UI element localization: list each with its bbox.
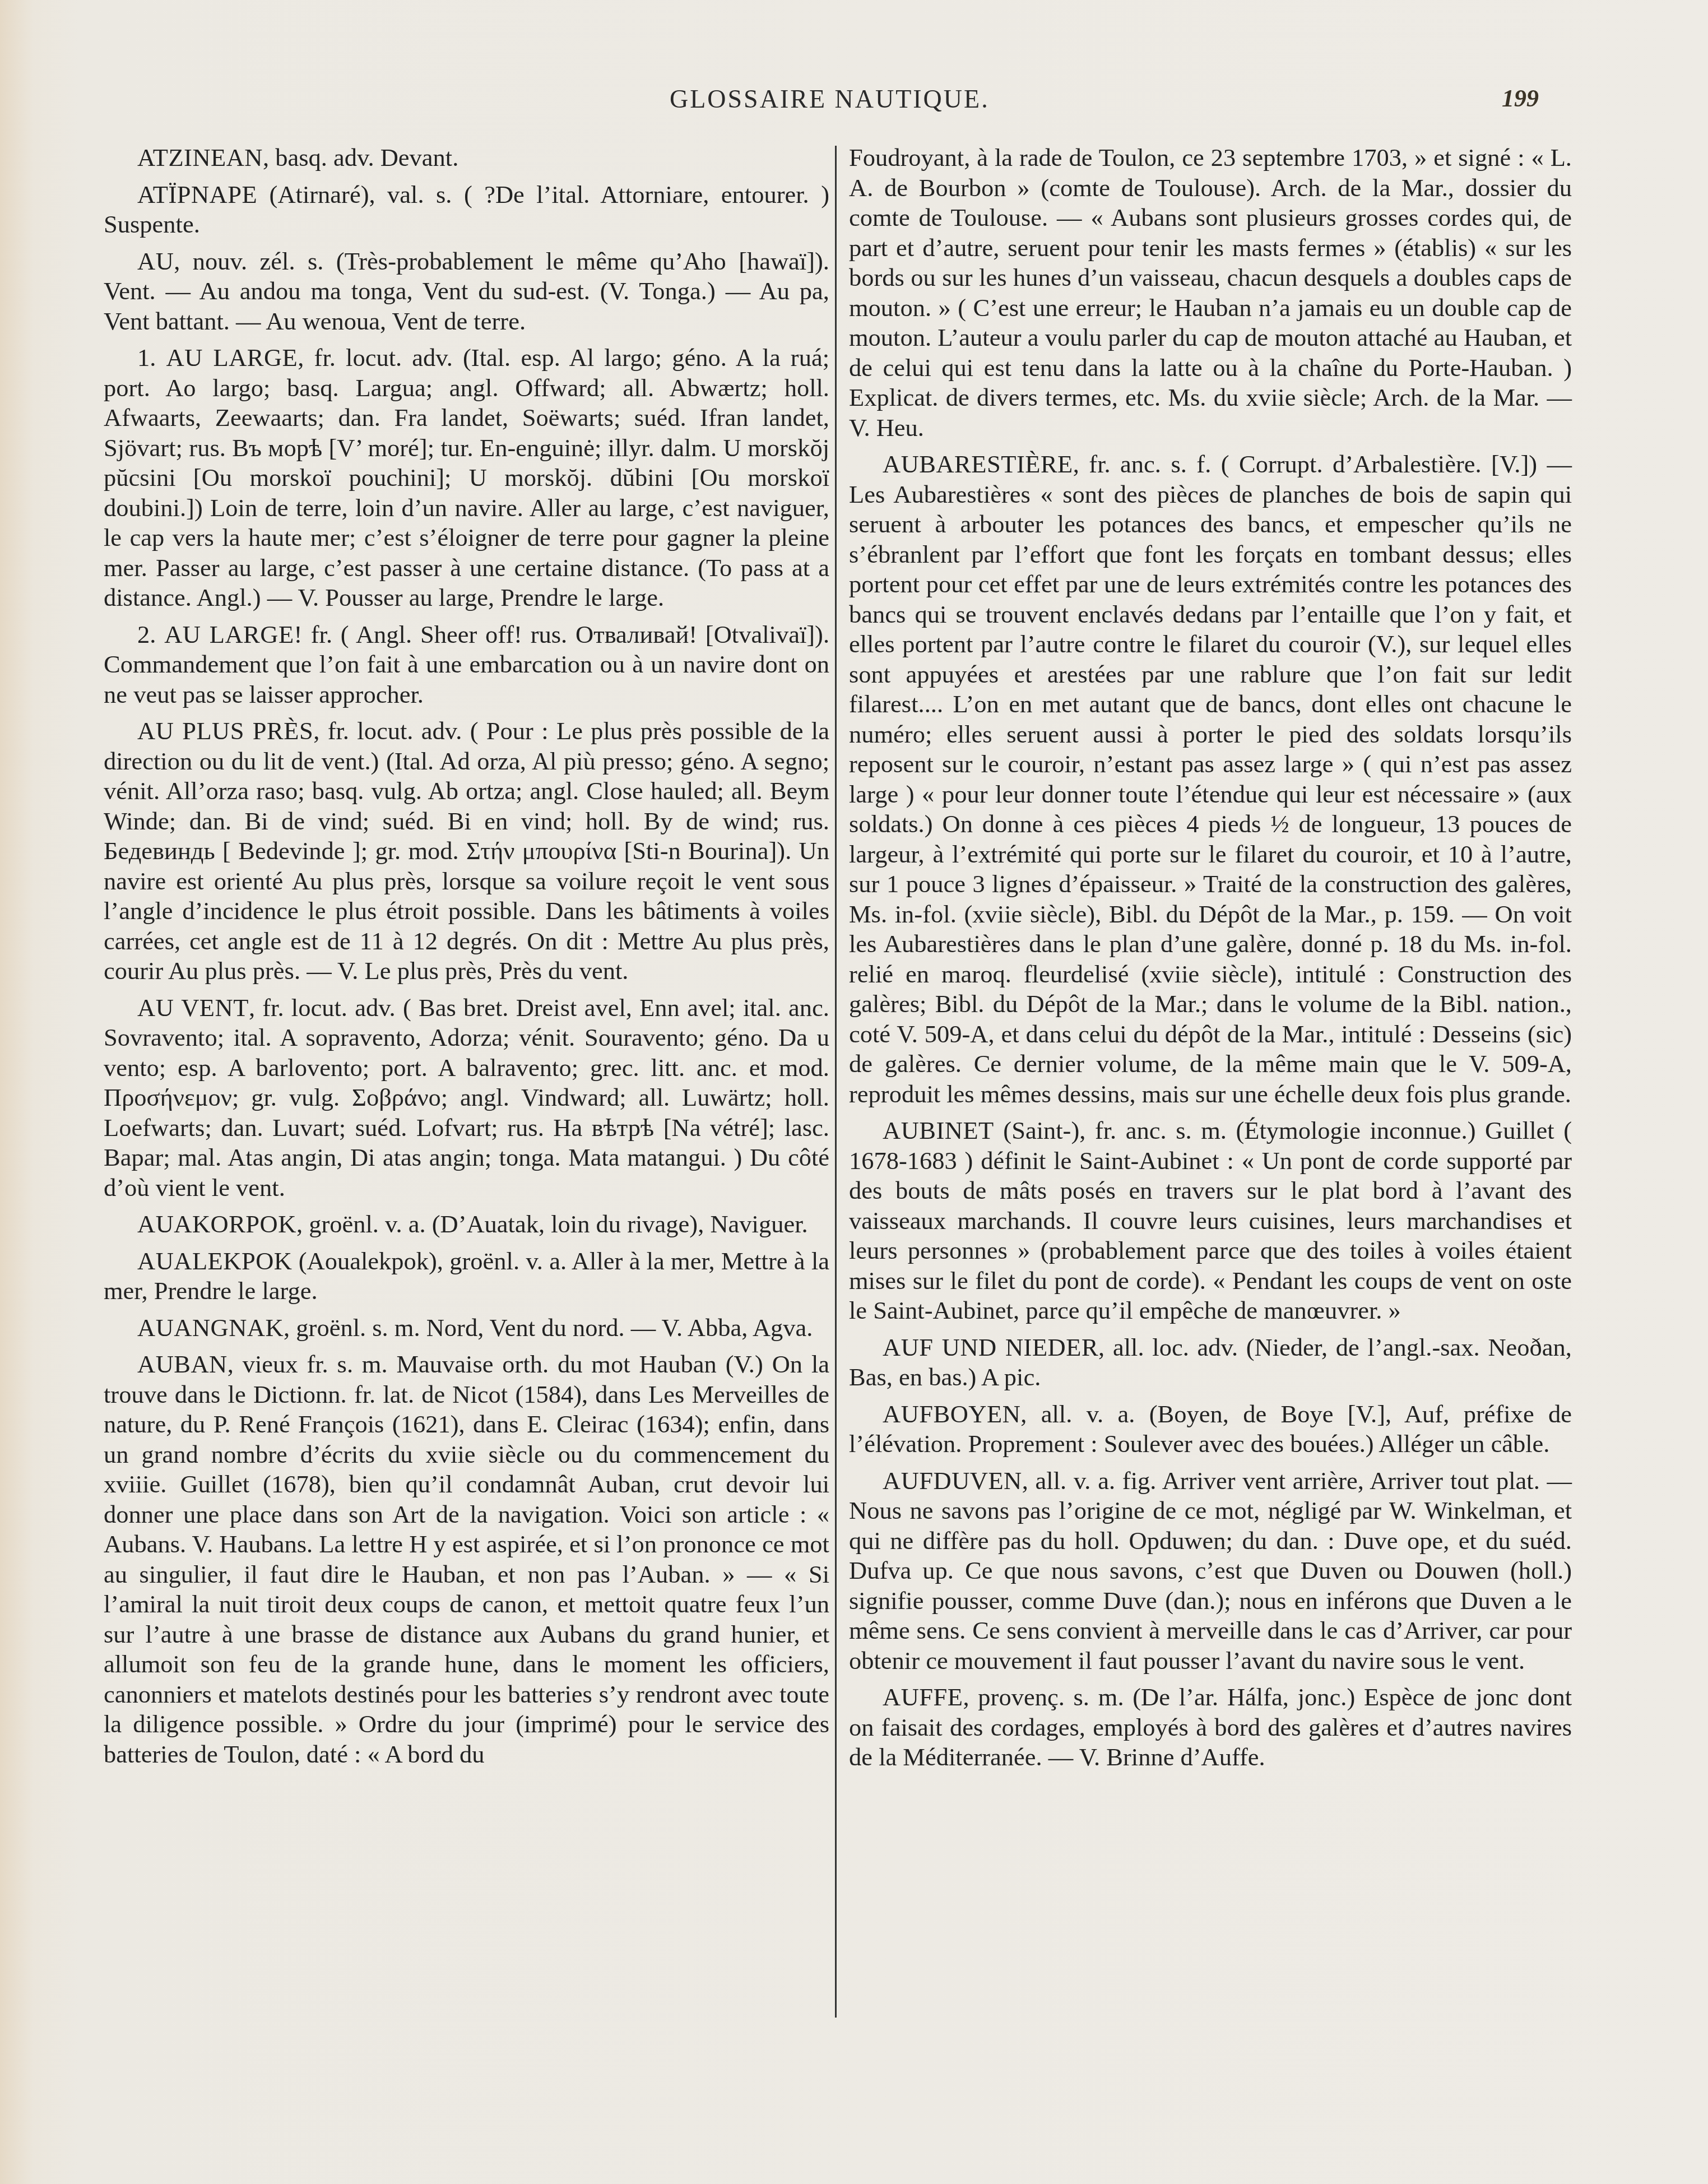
entry-definition: , all. v. a. fig. Arriver vent arrière, …	[849, 1467, 1572, 1675]
glossary-entry: AUFDUVEN, all. v. a. fig. Arriver vent a…	[849, 1466, 1572, 1676]
glossary-entry: 1. AU LARGE, fr. locut. adv. (Ital. esp.…	[104, 343, 829, 613]
glossary-entry: AU PLUS PRÈS, fr. locut. adv. ( Pour : L…	[104, 716, 829, 986]
entry-definition: , vieux fr. s. m. Mauvaise orth. du mot …	[104, 1350, 829, 1768]
right-column: Foudroyant, à la rade de Toulon, ce 23 s…	[849, 143, 1572, 1779]
entry-headword: AUFDUVEN	[883, 1467, 1022, 1495]
glossary-entry: ATZINEAN, basq. adv. Devant.	[104, 143, 829, 173]
entry-headword: ATZINEAN	[137, 143, 263, 171]
entry-headword: ATÏPNAPE	[137, 180, 257, 208]
entry-definition: , groënl. v. a. (D’Auatak, loin du rivag…	[296, 1210, 808, 1238]
entry-headword: AUFFE	[883, 1683, 963, 1711]
glossary-entry: Foudroyant, à la rade de Toulon, ce 23 s…	[849, 143, 1572, 443]
glossary-entry: 2. AU LARGE! fr. ( Angl. Sheer off! rus.…	[104, 620, 829, 710]
running-title: GLOSSAIRE NAUTIQUE.	[670, 84, 990, 114]
entry-headword: AU	[137, 247, 174, 275]
glossary-entry: AUANGNAK, groënl. s. m. Nord, Vent du no…	[104, 1313, 829, 1343]
entry-definition: (Saint-), fr. anc. s. m. (Étymologie inc…	[849, 1116, 1572, 1324]
left-column: ATZINEAN, basq. adv. Devant.ATÏPNAPE (At…	[104, 143, 829, 1776]
glossary-entry: AUF UND NIEDER, all. loc. adv. (Nieder, …	[849, 1333, 1572, 1393]
entry-headword: AUAKORPOK	[137, 1210, 296, 1238]
entry-definition: , groënl. s. m. Nord, Vent du nord. — V.…	[284, 1314, 813, 1342]
entry-definition: , nouv. zél. s. (Très-probablement le mê…	[104, 247, 829, 335]
entry-definition: , fr. locut. adv. ( Pour : Le plus près …	[104, 717, 829, 985]
entry-headword: AUBINET	[883, 1116, 994, 1144]
entry-headword: AUALEKPOK	[137, 1247, 292, 1275]
entry-headword: AUANGNAK	[137, 1314, 284, 1342]
glossary-entry: AUALEKPOK (Aoualekpok), groënl. v. a. Al…	[104, 1246, 829, 1306]
glossary-entry: AUFFE, provenç. s. m. (De l’ar. Hálfa, j…	[849, 1682, 1572, 1773]
glossary-entry: AUFBOYEN, all. v. a. (Boyen, de Boye [V.…	[849, 1399, 1572, 1459]
entry-definition: Foudroyant, à la rade de Toulon, ce 23 s…	[849, 143, 1572, 442]
entry-number: 1.	[137, 344, 156, 372]
entry-headword: AU PLUS PRÈS	[137, 717, 313, 745]
entry-headword: AUFBOYEN	[883, 1400, 1020, 1428]
glossary-entry: AUBINET (Saint-), fr. anc. s. m. (Étymol…	[849, 1116, 1572, 1326]
entry-definition: , fr. locut. adv. (Ital. esp. Al largo; …	[104, 344, 829, 611]
glossary-entry: AU, nouv. zél. s. (Très-probablement le …	[104, 247, 829, 337]
entry-definition: , basq. adv. Devant.	[263, 143, 458, 171]
entry-definition: , fr. anc. s. f. ( Corrupt. d’Arbalestiè…	[849, 450, 1572, 1108]
entry-headword: AU LARGE	[166, 344, 298, 372]
entry-headword: AU LARGE!	[164, 620, 303, 648]
entry-definition: , fr. locut. adv. ( Bas bret. Dreist ave…	[104, 994, 829, 1202]
glossary-entry: AU VENT, fr. locut. adv. ( Bas bret. Dre…	[104, 993, 829, 1203]
entry-headword: AUF UND NIEDER	[883, 1333, 1098, 1361]
entry-headword: AUBAN	[137, 1350, 228, 1378]
entry-headword: AUBARESTIÈRE	[883, 450, 1073, 478]
glossary-entry: ATÏPNAPE (Atirnaré), val. s. ( ?De l’ita…	[104, 180, 829, 240]
page-number: 199	[1502, 84, 1539, 113]
glossary-entry: AUBARESTIÈRE, fr. anc. s. f. ( Corrupt. …	[849, 449, 1572, 1109]
entry-number: 2.	[137, 620, 156, 648]
glossary-entry: AUBAN, vieux fr. s. m. Mauvaise orth. du…	[104, 1350, 829, 1769]
glossary-entry: AUAKORPOK, groënl. v. a. (D’Auatak, loin…	[104, 1209, 829, 1240]
entry-headword: AU VENT	[137, 994, 249, 1022]
running-head: GLOSSAIRE NAUTIQUE. 199	[0, 84, 1708, 118]
column-divider	[835, 146, 837, 2018]
